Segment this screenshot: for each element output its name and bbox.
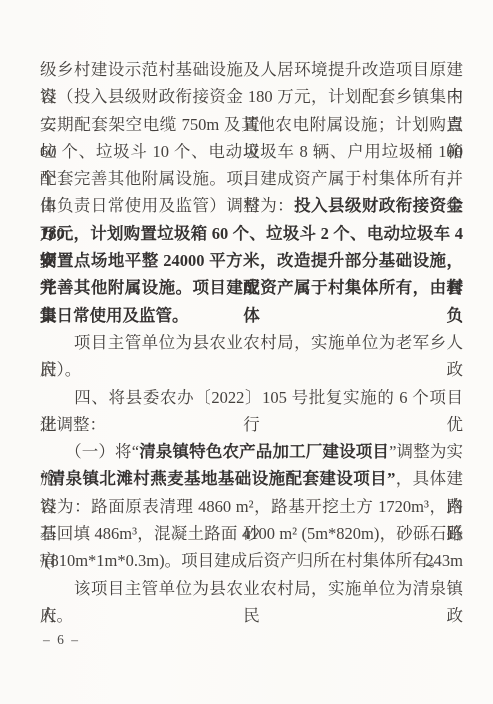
document-body: 级乡村建设示范村基础设施及人居环境提升改造项目原建设内容（投入县级财政衔接资金 … [40,56,463,629]
text-segment: 该项目主管单位为县农业农村局，实施单位为清泉镇人民政 [40,579,463,625]
text-segment: 体负责日常使用及监管）调整为： [40,196,294,215]
text-line: （一）将“清泉镇特色农产品加工厂建设项目”调整为实施 [40,438,463,465]
text-line: 容（投入县级财政衔接资金 180 万元，计划配套乡镇集中安置点 [40,83,463,110]
text-line: 容为：路面原表清理 4860 m²，路基开挖土方 1720m³，路基砂砾 [40,493,463,520]
text-line: 石回填 486m³，混凝土路面 4100 m² (5m*820m)，砂砾石路肩 … [40,520,463,547]
text-line: 级乡村建设示范村基础设施及人居环境提升改造项目原建设内 [40,56,463,83]
page-number: – 6 – [43,632,80,648]
bold-text-segment: 责日常使用及监管。 [40,306,189,325]
text-line: 项目主管单位为县农业农村局，实施单位为老军乡人民政 [40,329,463,356]
text-line: 该项目主管单位为县农业农村局，实施单位为清泉镇人民政 [40,575,463,602]
text-line: 万元，计划购置垃圾箱 60 个、垃圾斗 2 个、电动垃圾车 4 辆， [40,220,463,247]
text-segment: 化调整： [40,415,106,434]
text-line: 安置点场地平整 24000 平方米，改造提升部分基础设施，并配套 [40,247,463,274]
text-segment: （一）将“ [40,442,139,461]
text-line: 配套完善其他附属设施。项目建成资产属于村集体所有，由村集 [40,165,463,192]
text-segment: 府。 [40,606,73,625]
text-line: 体负责日常使用及监管）调整为：投入县级财政衔接资金 180 [40,192,463,219]
text-line: 二期配套架空电缆 750m 及其他农电附属设施；计划购置垃圾箱 [40,111,463,138]
text-segment: ³(810m*1m*0.3m)。项目建成后资产归所在村集体所有。 [40,551,445,570]
text-line: 四、将县委农办〔2022〕105 号批复实施的 6 个项目进行优 [40,384,463,411]
bold-text-segment: 清泉镇特色农产品加工厂建设项目 [139,442,389,461]
text-line: ³(810m*1m*0.3m)。项目建成后资产归所在村集体所有。 [40,547,463,574]
text-line: 完善其他附属设施。项目建成资产属于村集体所有，由村集体负 [40,274,463,301]
text-segment: 项目主管单位为县农业农村局，实施单位为老军乡人民政 [40,333,463,379]
document-page: 级乡村建设示范村基础设施及人居环境提升改造项目原建设内容（投入县级财政衔接资金 … [0,0,493,704]
text-segment: 府）。 [40,360,81,379]
text-line: “清泉镇北滩村燕麦基地基础设施配套建设项目”，具体建设内 [40,465,463,492]
bold-text-segment: “清泉镇北滩村燕麦基地基础设施配套建设项目” [40,469,395,488]
text-line: 60 个、垃圾斗 10 个、电动垃圾车 8 辆、户用垃圾桶 100 个，并 [40,138,463,165]
